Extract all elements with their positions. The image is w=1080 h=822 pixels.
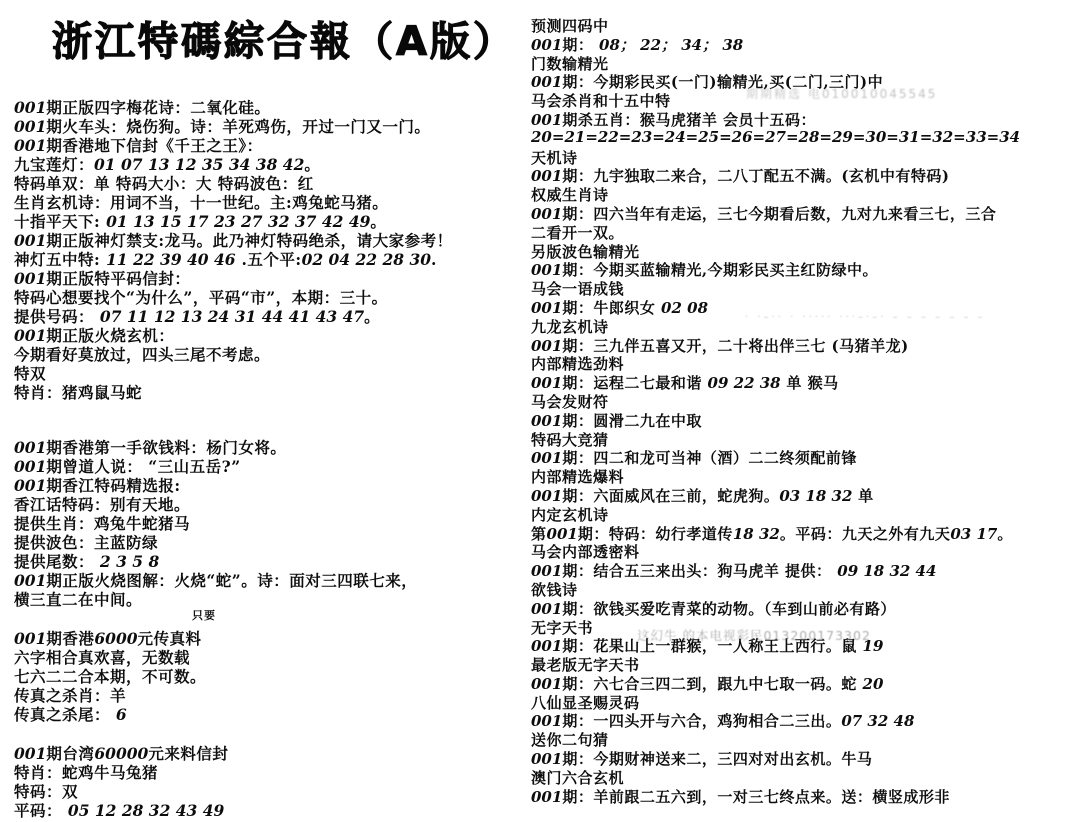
text-line: 提供尾数： 2 3 5 8 [14, 550, 522, 569]
text-line: 平码： 05 12 28 32 43 49 [14, 799, 522, 818]
text-line: 001期：花果山上一群猴，一人称王上西行。鼠 19 [531, 635, 1077, 654]
section-heading: 送你二句猜 [531, 729, 1077, 748]
text-line: 第001期：特码：幼行孝道传18 32。平码：九天之外有九天03 17。 [531, 523, 1077, 542]
text-line: 001期正版火烧图解：火烧“蛇”。诗：面对三四联七来， [14, 569, 522, 588]
text-line: 001期：圆滑二九在中取 [531, 410, 1077, 429]
text-line: 001期：六七合三四二到，跟九中七取一码。蛇 20 [531, 673, 1077, 692]
text-line: 提供生肖：鸡兔牛蛇猪马 [14, 512, 522, 531]
text-line: 七六二二合本期，不可数。 [14, 665, 522, 684]
text-line: 今期看好莫放过，四头三尾不考虑。 [14, 343, 522, 362]
text-line: 001期香港地下信封《千王之王》： [14, 134, 522, 153]
section-heading: 另版波色输精光 [531, 241, 1077, 260]
text-line: 生肖玄机诗：用词不当，十一世纪。主:鸡兔蛇马猪。 [14, 191, 522, 210]
section-heading: 马会内部透密料 [531, 541, 1077, 560]
text-line: 特肖：猪鸡鼠马蛇 [14, 381, 522, 400]
section-heading: 预测四码中 [531, 15, 1077, 34]
text-line: 001期：四六当年有走运，三七今期看后数，九对九来看三七，三合 [531, 203, 1077, 222]
left-column: 001期正版四字梅花诗：二氧化硅。001期火车头：烧伤狗。诗：羊死鸡伤，开过一门… [14, 96, 522, 818]
text-line: 001期台湾60000元来料信封 [14, 742, 522, 761]
page-title: 浙江特碼綜合報（A版） [52, 10, 516, 67]
text-line: 001期：今期买蓝输精光,今期彩民买主红防绿中。 [531, 259, 1077, 278]
text-line: 特肖：蛇鸡牛马兔猪 [14, 761, 522, 780]
section-heading: 内部精选劲料 [531, 353, 1077, 372]
text-line: 001期：羊前跟二五六到，一对三七终点来。送：横竖成形非 [531, 786, 1077, 805]
text-line: 001期香港6000元传真料 [14, 627, 522, 646]
text-line: 十指平天下: 01 13 15 17 23 27 32 37 42 49。 [14, 210, 522, 229]
text-line: 二看开一双。 [531, 222, 1077, 241]
text-line: 特双 [14, 362, 522, 381]
text-line: 001期：三九伴五喜又开，二十将出伴三七 (马猪羊龙) [531, 335, 1077, 354]
section-heading: 马会发财符 [531, 391, 1077, 410]
text-line: 001期：六面威风在三前，蛇虎狗。03 18 32 单 [531, 485, 1077, 504]
text-line: 九宝莲灯：01 07 13 12 35 34 38 42。 [14, 153, 522, 172]
text-line: 001期： 08； 22； 34； 38 [531, 34, 1077, 53]
text-line: 横三直二在中间。 [14, 588, 522, 607]
text-line: 001期正版火烧玄机： [14, 324, 522, 343]
section-heading: 内部精选爆料 [531, 466, 1077, 485]
text-line: 传真之杀肖：羊 [14, 684, 522, 703]
text-line: 001期：四二和龙可当神（酒）二二终须配前锋 [531, 447, 1077, 466]
text-line: 特码：双 [14, 780, 522, 799]
text-line: 001期：九宇独取二来合，二八丁配五不满。(玄机中有特码) [531, 165, 1077, 184]
section-heading: 门数输精光 [531, 53, 1077, 72]
text-line: 001期：结合五三来出头：狗马虎羊 提供： 09 18 32 44 [531, 560, 1077, 579]
section-heading: 马会一语成钱 [531, 278, 1077, 297]
section-heading: 无字天书 [531, 617, 1077, 636]
text-line: 香江话特码：别有天地。 [14, 493, 522, 512]
text-line: 六字相合真欢喜，无数载 [14, 646, 522, 665]
text-line: 001期：运程二七最和谐 09 22 38 单 猴马 [531, 372, 1077, 391]
section-heading: 澳门六合玄机 [531, 767, 1077, 786]
text-line: 特码单双：单 特码大小：大 特码波色：红 [14, 172, 522, 191]
newspaper-page: 浙江特碼綜合報（A版） 001期正版四字梅花诗：二氧化硅。001期火车头：烧伤狗… [0, 0, 1080, 822]
section-heading: 最老版无字天书 [531, 654, 1077, 673]
text-line: 001期：今期彩民买(一门)输精光,买(二门,三门)中 [531, 71, 1077, 90]
text-line: 提供波色：主蓝防绿 [14, 531, 522, 550]
section-heading: 天机诗 [531, 147, 1077, 166]
text-line: 传真之杀尾： 6 [14, 703, 522, 722]
section-heading: 内定玄机诗 [531, 504, 1077, 523]
text-line: 001期香江特码精选报: [14, 474, 522, 493]
text-line: 001期：今期财神送来二，三四对对出玄机。牛马 [531, 748, 1077, 767]
text-line: 001期香港第一手欲钱料：杨门女将。 [14, 436, 522, 455]
section-heading: 欲钱诗 [531, 579, 1077, 598]
section-heading: 特码大竞猜 [531, 429, 1077, 448]
text-line: 001期火车头：烧伤狗。诗：羊死鸡伤，开过一门又一门。 [14, 115, 522, 134]
text-line: 001期：牛郎织女 02 08 [531, 297, 1077, 316]
right-column: 预测四码中001期： 08； 22； 34； 38门数输精光001期：今期彩民买… [531, 15, 1077, 804]
text-line: 001期：一四头开与六合，鸡狗相合二三出。07 32 48 [531, 710, 1077, 729]
text-line: 001期杀五肖：猴马虎猪羊 会员十五码： [531, 109, 1077, 128]
section-heading: 八仙显圣赐灵码 [531, 692, 1077, 711]
text-line: 001期曾道人说： “三山五岳?” [14, 455, 522, 474]
text-line: 001期正版特平码信封： [14, 267, 522, 286]
text-line: 001期正版神灯禁支:龙马。此乃神灯特码绝杀，请大家参考！ [14, 229, 522, 248]
section-heading: 九龙玄机诗 [531, 316, 1077, 335]
text-line: 20=21=22=23=24=25=26=27=28=29=30=31=32=3… [531, 128, 1077, 147]
text-line: 特码心想要找个“为什么”，平码“市”，本期：三十。 [14, 286, 522, 305]
text-line: 001期正版四字梅花诗：二氧化硅。 [14, 96, 522, 115]
faint-note: 只要 [192, 607, 522, 621]
text-line: 神灯五中特: 11 22 39 40 46 .五个平:02 04 22 28 3… [14, 248, 522, 267]
section-heading: 权威生肖诗 [531, 184, 1077, 203]
section-heading: 马会杀肖和十五中特 [531, 90, 1077, 109]
text-line: 提供号码： 07 11 12 13 24 31 44 41 43 47。 [14, 305, 522, 324]
text-line: 001期：欲钱买爱吃青菜的动物。（车到山前必有路） [531, 598, 1077, 617]
